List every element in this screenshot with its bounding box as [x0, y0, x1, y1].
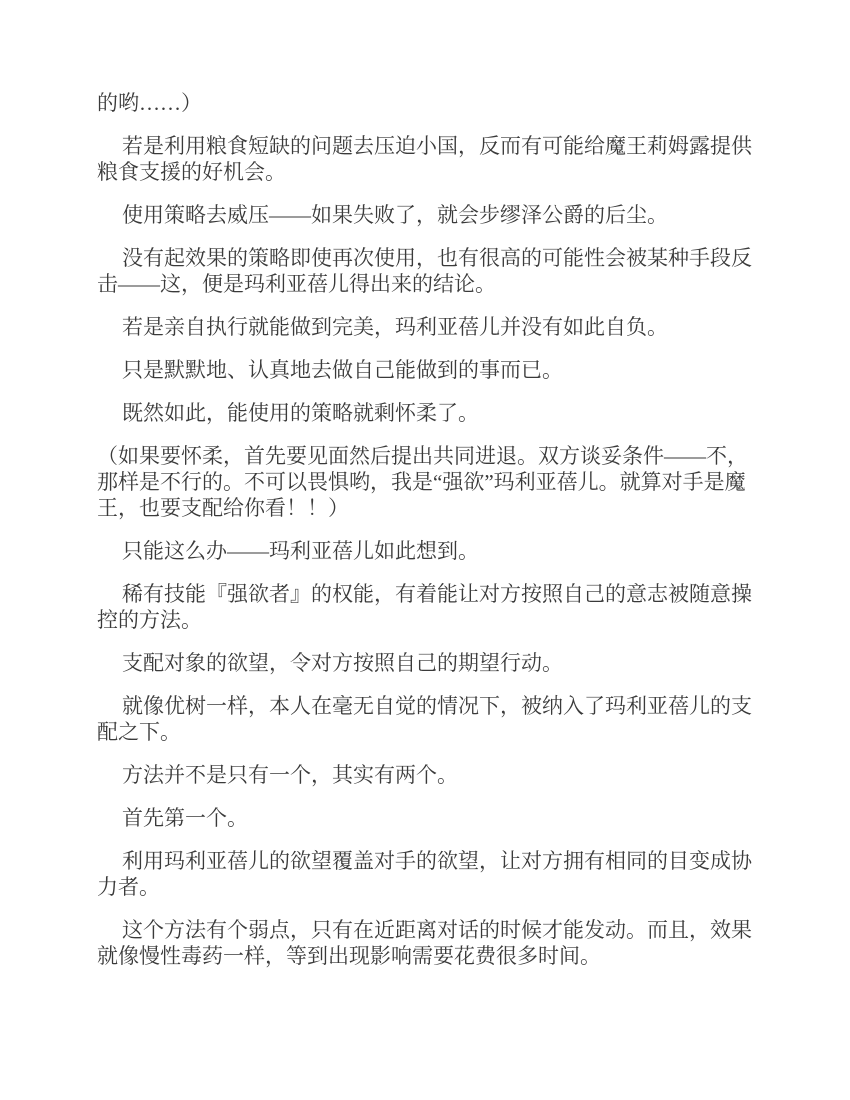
paragraph: 没有起效果的策略即使再次使用，也有很高的可能性会被某种手段反击——这，便是玛利亚…: [97, 245, 763, 297]
paragraph: 利用玛利亚蓓儿的欲望覆盖对手的欲望，让对方拥有相同的目变成协力者。: [97, 848, 763, 900]
paragraph: 方法并不是只有一个，其实有两个。: [97, 762, 763, 788]
novel-page: 的哟……） 若是利用粮食短缺的问题去压迫小国，反而有可能给魔王莉姆露提供粮食支援…: [0, 0, 850, 1100]
paragraph: 若是利用粮食短缺的问题去压迫小国，反而有可能给魔王莉姆露提供粮食支援的好机会。: [97, 133, 763, 185]
paragraph: 使用策略去威压——如果失败了，就会步缪泽公爵的后尘。: [97, 202, 763, 228]
paragraph: 若是亲自执行就能做到完美，玛利亚蓓儿并没有如此自负。: [97, 314, 763, 340]
paragraph: 稀有技能『强欲者』的权能，有着能让对方按照自己的意志被随意操控的方法。: [97, 581, 763, 633]
paragraph: 既然如此，能使用的策略就剩怀柔了。: [97, 400, 763, 426]
paragraph: 只能这么办——玛利亚蓓儿如此想到。: [97, 538, 763, 564]
paragraph: 支配对象的欲望，令对方按照自己的期望行动。: [97, 650, 763, 676]
paragraph: 只是默默地、认真地去做自己能做到的事而已。: [97, 357, 763, 383]
paragraph: 的哟……）: [97, 90, 763, 116]
paragraph: 首先第一个。: [97, 805, 763, 831]
paragraph-inner-monologue: （如果要怀柔，首先要见面然后提出共同进退。双方谈妥条件——不，那样是不行的。不可…: [97, 443, 763, 521]
paragraph: 这个方法有个弱点，只有在近距离对话的时候才能发动。而且，效果就像慢性毒药一样，等…: [97, 917, 763, 969]
paragraph: 就像优树一样，本人在毫无自觉的情况下，被纳入了玛利亚蓓儿的支配之下。: [97, 693, 763, 745]
